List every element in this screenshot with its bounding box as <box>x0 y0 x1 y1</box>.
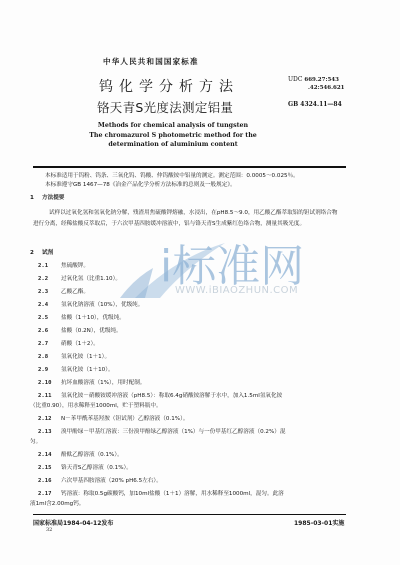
english-title-line: determination of aluminium content <box>50 140 296 150</box>
item-text: 过氧化氢（比重1.10）。 <box>61 276 121 282</box>
document-main-title: 钨化学分析方法 <box>99 76 239 96</box>
item-number: 2.6 <box>38 327 61 335</box>
gb-number: GB 4324.11—84 <box>288 101 342 108</box>
item-number: 2.15 <box>38 464 61 472</box>
item-number: 2.7 <box>38 340 61 348</box>
item-text: 溴甲酚绿－甲基红溶液：三份溴甲酚绿乙醇溶液（1%）与一份甲基红乙醇溶液（0.2%… <box>61 429 285 435</box>
english-title: Methods for chemical analysis of tungste… <box>0 121 400 150</box>
section-title: 方法提要 <box>42 195 64 201</box>
reagent-item-continued: 液1ml含2.00mg钙。 <box>30 500 343 508</box>
effective-date: 1985-03-01实施 <box>294 518 344 527</box>
english-title-line: Methods for chemical analysis of tungste… <box>50 121 296 131</box>
reagent-item: 2.14酚酞乙醇溶液（0.1%）。 <box>38 451 351 459</box>
item-text: 六次甲基四胺溶液（20% pH6.5左右）。 <box>61 478 162 484</box>
reagent-item: 2.7硝酸（1＋2）。 <box>38 340 351 348</box>
page-number: 32 <box>46 527 52 533</box>
section-number: 1 <box>30 194 42 202</box>
header-divider <box>33 166 346 168</box>
reagent-item: 2.6盐酸（0.2N），优级纯。 <box>38 327 351 335</box>
reagent-item: 2.5盐酸（1＋10），优级纯。 <box>38 314 351 322</box>
reagent-item: 2.3乙酸乙酯。 <box>38 288 351 296</box>
intro-compliance: 本标准遵守GB 1467—78《冶金产品化学分析方法标准的总则及一般规定》。 <box>33 181 358 189</box>
item-number: 2.14 <box>38 451 61 459</box>
footer-divider <box>33 514 346 515</box>
reagent-item: 2.8氢氧化铵（1＋1）。 <box>38 353 351 361</box>
intro-scope: 本标准适用于钨粉、钨条、三氧化钨、钨酸、仲钨酸铵中铝量的测定。测定范围：0.00… <box>33 172 358 180</box>
item-number: 2.1 <box>38 262 61 270</box>
item-text: 氢氧化钠溶液（10%），优级纯。 <box>61 302 143 308</box>
reagent-item: 2.9氢氧化铵（1＋10）。 <box>38 366 351 374</box>
item-text: 氢氧化铵（1＋1）。 <box>61 354 110 360</box>
section-heading-1: 1方法提要 <box>30 194 343 202</box>
item-number: 2.17 <box>38 490 61 498</box>
document-sub-title: 铬天青S光度法测定铝量 <box>97 98 233 116</box>
section-1-body: 试样以过氧化氢和氢氧化钠分解，残渣用焦硫酸钾熔融，水浸出，在pH8.5～9.0，… <box>33 208 343 229</box>
reagent-item: 2.11氢氧化铵－硝酸铵缓冲溶液（pH8.5）：称取6.4g硝酸铵溶解于水中，加… <box>38 392 351 400</box>
reagent-item: 2.15铬天青S乙醇溶液（0.1%）。 <box>38 464 351 472</box>
udc-label: UDC <box>288 76 302 83</box>
udc-line-2: .42:546.621 <box>288 84 344 92</box>
item-number: 2.16 <box>38 477 61 485</box>
item-text: 抗坏血酸溶液（1%），用时配制。 <box>61 380 145 386</box>
issue-date: 国家标准局1984-04-12发布 <box>33 518 113 527</box>
item-text: 焦硫酸钾。 <box>61 263 89 269</box>
reagent-item: 2.13溴甲酚绿－甲基红溶液：三份溴甲酚绿乙醇溶液（1%）与一份甲基红乙醇溶液（… <box>38 428 351 436</box>
english-title-line: The chromazurol S photometric method for… <box>50 131 296 141</box>
item-number: 2.10 <box>38 379 61 387</box>
item-text: 铬天青S乙醇溶液（0.1%）。 <box>61 465 132 471</box>
udc-line-1: 669.27:543 <box>304 77 339 83</box>
item-number: 2.3 <box>38 288 61 296</box>
item-text: 氢氧化铵－硝酸铵缓冲溶液（pH8.5）：称取6.4g硝酸铵溶解于水中，加入1.5… <box>61 393 282 399</box>
issuing-country-title: 中华人民共和国国家标准 <box>103 56 199 67</box>
item-number: 2.2 <box>38 275 61 283</box>
item-text: N－苯甲酰苯基羟胺（钽试剂）乙醇溶液（0.1%）。 <box>61 416 188 422</box>
item-text: 乙酸乙酯。 <box>61 289 89 295</box>
item-number: 2.12 <box>38 415 61 423</box>
item-text: 硝酸（1＋2）。 <box>61 341 99 347</box>
reagent-item: 2.1焦硫酸钾。 <box>38 262 351 270</box>
item-number: 2.13 <box>38 428 61 436</box>
item-number: 2.8 <box>38 353 61 361</box>
item-number: 2.9 <box>38 366 61 374</box>
reagent-item: 2.12N－苯甲酰苯基羟胺（钽试剂）乙醇溶液（0.1%）。 <box>38 415 351 423</box>
item-text: 氢氧化铵（1＋10）。 <box>61 367 114 373</box>
item-text: 酚酞乙醇溶液（0.1%）。 <box>61 452 123 458</box>
item-number: 2.11 <box>38 392 61 400</box>
reagent-item: 2.16六次甲基四胺溶液（20% pH6.5左右）。 <box>38 477 351 485</box>
item-number: 2.5 <box>38 314 61 322</box>
reagent-item: 2.2过氧化氢（比重1.10）。 <box>38 275 351 283</box>
udc-code: UDC 669.27:543 .42:546.621 <box>288 76 344 92</box>
reagent-item: 2.17钙溶液：称取0.5g碳酸钙，加10ml盐酸（1＋1）溶解，用水稀释至10… <box>38 490 351 498</box>
reagent-item: 2.4氢氧化钠溶液（10%），优级纯。 <box>38 301 351 309</box>
section-title: 试剂 <box>42 250 53 256</box>
item-text: 盐酸（1＋10），优级纯。 <box>61 315 125 321</box>
reagent-item: 2.10抗坏血酸溶液（1%），用时配制。 <box>38 379 351 387</box>
reagent-item-continued: （比重0.90），用水稀释至1000ml，贮于塑料瓶中。 <box>30 402 343 410</box>
item-text: 盐酸（0.2N），优级纯。 <box>61 328 122 334</box>
section-number: 2 <box>30 249 42 257</box>
item-number: 2.4 <box>38 301 61 309</box>
item-text: 钙溶液：称取0.5g碳酸钙，加10ml盐酸（1＋1）溶解，用水稀释至1000ml… <box>61 491 284 497</box>
reagent-item-continued: 匀。 <box>30 438 343 446</box>
